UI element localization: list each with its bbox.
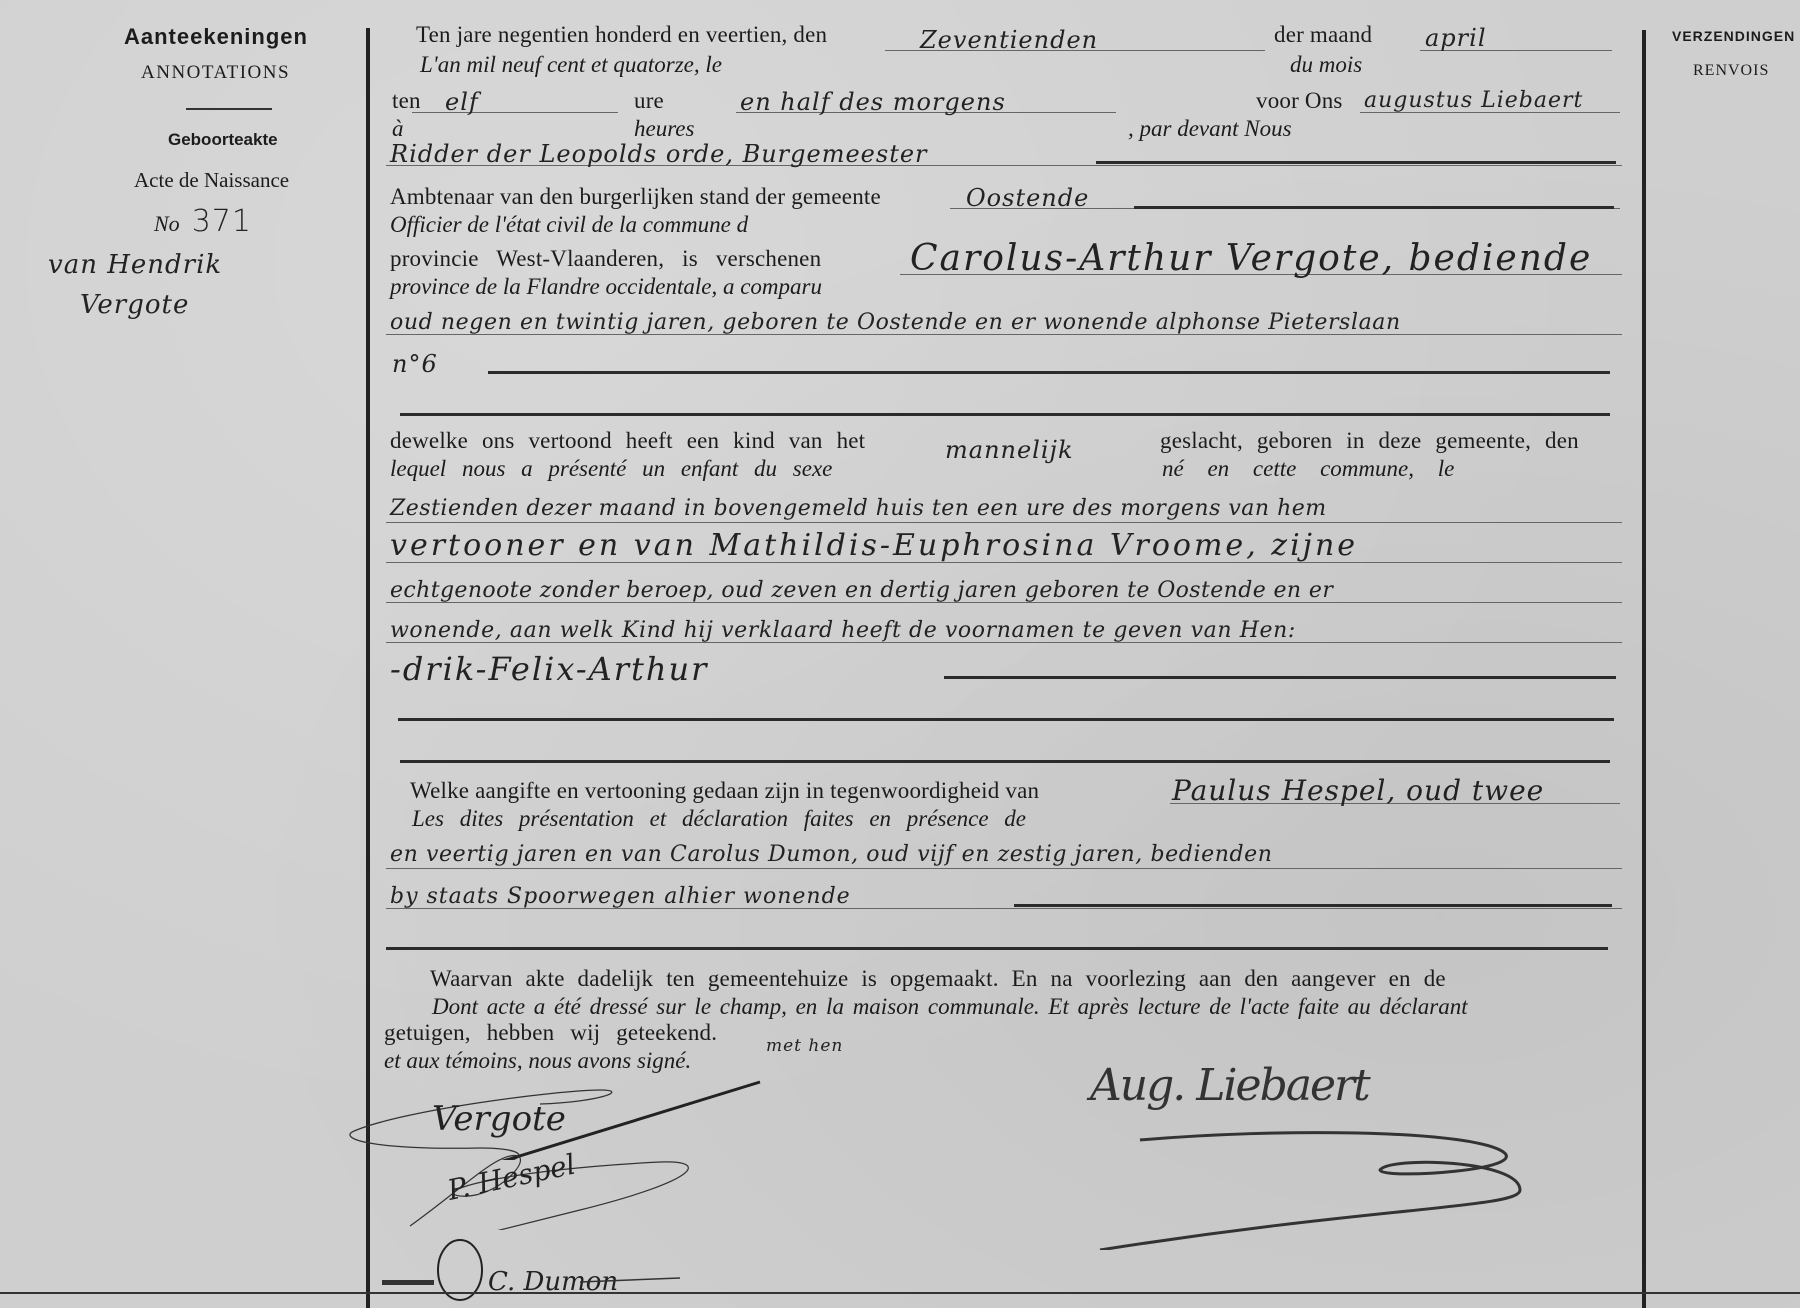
margin-divider xyxy=(186,108,272,110)
ure-label-nl: ure xyxy=(634,88,664,114)
date-line-fr: L'an mil neuf cent et quatorze, le xyxy=(420,52,722,78)
date-line-nl: Ten jare negentien honderd en veertien, … xyxy=(416,22,827,48)
witness-hand-line-1: en veertig jaren en van Carolus Dumon, o… xyxy=(390,842,1273,867)
referrals-title-nl: VERZENDINGEN xyxy=(1672,28,1795,44)
municipality-fill-rule xyxy=(1134,206,1614,209)
signature-officer: Aug. Liebaert xyxy=(1080,1030,1600,1250)
act-number-value: 371 xyxy=(192,204,252,239)
child-hand-line-4: wonende, aan welk Kind hij verklaard hee… xyxy=(390,618,1296,643)
month-label-nl: der maand xyxy=(1274,22,1372,48)
right-column-rule xyxy=(1642,30,1646,1308)
bottom-rule xyxy=(0,1292,1800,1294)
province-line-fr: province de la Flandre occidentale, a co… xyxy=(390,274,822,300)
witness-line-fr: Les dites présentation et déclaration fa… xyxy=(412,806,1026,832)
month-label-fr: du mois xyxy=(1290,52,1362,78)
child-line-fr-cont: né en cette commune, le xyxy=(1162,456,1454,482)
month-handwritten: april xyxy=(1425,24,1487,52)
witness-line-nl: Welke aangifte en vertooning gedaan zijn… xyxy=(410,778,1039,804)
official-name-handwritten: augustus Liebaert xyxy=(1364,88,1583,113)
referrals-title-fr: RENVOIS xyxy=(1693,62,1769,80)
official-title-fill-rule xyxy=(1096,161,1616,164)
child-given-names: -drik-Felix-Arthur xyxy=(390,650,708,688)
witness1-handwritten: Paulus Hespel, oud twee xyxy=(1172,774,1544,807)
margin-note-line2: Vergote xyxy=(80,290,189,320)
declarant-details-handwritten: oud negen en twintig jaren, geboren te O… xyxy=(390,310,1401,335)
child-hand-line-2: vertooner en van Mathildis-Euphrosina Vr… xyxy=(390,528,1358,563)
annotations-title-nl: Aanteekeningen xyxy=(124,24,308,50)
closing-line-fr: Dont acte a été dressé sur le champ, en … xyxy=(432,994,1468,1020)
time-detail-handwritten: en half des morgens xyxy=(740,88,1006,116)
declarant-handwritten: Carolus-Arthur Vergote, bediende xyxy=(910,238,1592,279)
child-hand-line-1: Zestienden dezer maand in bovengemeld hu… xyxy=(390,496,1327,521)
child-line-nl: dewelke ons vertoond heeft een kind van … xyxy=(390,428,865,454)
act-number: No 371 xyxy=(154,204,252,239)
section-divider-1 xyxy=(400,413,1610,416)
svg-text:Aug. Liebaert: Aug. Liebaert xyxy=(1086,1060,1371,1111)
official-line-nl: Ambtenaar van den burgerlijken stand der… xyxy=(390,184,881,210)
given-names-fill-rule xyxy=(944,676,1616,679)
closing-insert-handwritten: met hen xyxy=(766,1036,843,1056)
child-hand-line-1-base xyxy=(386,522,1622,523)
witness-fill-rule xyxy=(1014,904,1612,907)
child-line-nl-cont: geslacht, geboren in deze gemeente, den xyxy=(1160,428,1579,454)
before-label-nl: voor Ons xyxy=(1256,88,1343,114)
witness-hand-line-1-base xyxy=(386,868,1622,869)
official-line-fr: Officier de l'état civil de la commune d xyxy=(390,212,748,238)
section-divider-3 xyxy=(400,760,1610,763)
child-hand-line-3: echtgenoote zonder beroep, oud zeven en … xyxy=(390,578,1333,603)
before-label-fr: , par devant Nous xyxy=(1128,116,1292,142)
hour-handwritten: elf xyxy=(445,88,479,116)
day-handwritten: Zeventienden xyxy=(920,26,1098,54)
witness-hand-line-2: by staats Spoorwegen alhier wonende xyxy=(390,884,851,909)
sex-handwritten: mannelijk xyxy=(945,436,1074,464)
section-divider-2 xyxy=(398,718,1614,721)
official-title-handwritten: Ridder der Leopolds orde, Burgemeester xyxy=(390,140,928,168)
annotations-title-fr: ANNOTATIONS xyxy=(141,62,290,84)
margin-note-line1: van Hendrik xyxy=(48,250,222,280)
hour-label-fr: à xyxy=(392,116,404,142)
address-fill-rule xyxy=(488,371,1610,374)
address-number-handwritten: n°6 xyxy=(392,350,438,378)
province-line-nl: provincie West-Vlaanderen, is verschenen xyxy=(390,246,821,272)
hour-label-nl: ten xyxy=(392,88,421,114)
municipality-handwritten: Oostende xyxy=(966,184,1089,212)
closing-line2-nl: getuigen, hebben wij geteekend. xyxy=(384,1020,717,1046)
act-type-nl: Geboorteakte xyxy=(168,130,278,150)
closing-line-nl: Waarvan akte dadelijk ten gemeentehuize … xyxy=(430,966,1446,992)
child-line-fr: lequel nous a présenté un enfant du sexe xyxy=(390,456,832,482)
signature-witness2: C. Dumon xyxy=(380,1232,700,1308)
svg-text:P. Hespel: P. Hespel xyxy=(444,1148,579,1207)
section-divider-4 xyxy=(386,947,1608,950)
hour-field-line xyxy=(412,112,618,113)
act-number-label: No xyxy=(154,211,180,236)
ure-label-fr: heures xyxy=(634,116,694,142)
signature-witness1: P. Hespel xyxy=(400,1130,740,1230)
act-type-fr: Acte de Naissance xyxy=(134,168,289,193)
